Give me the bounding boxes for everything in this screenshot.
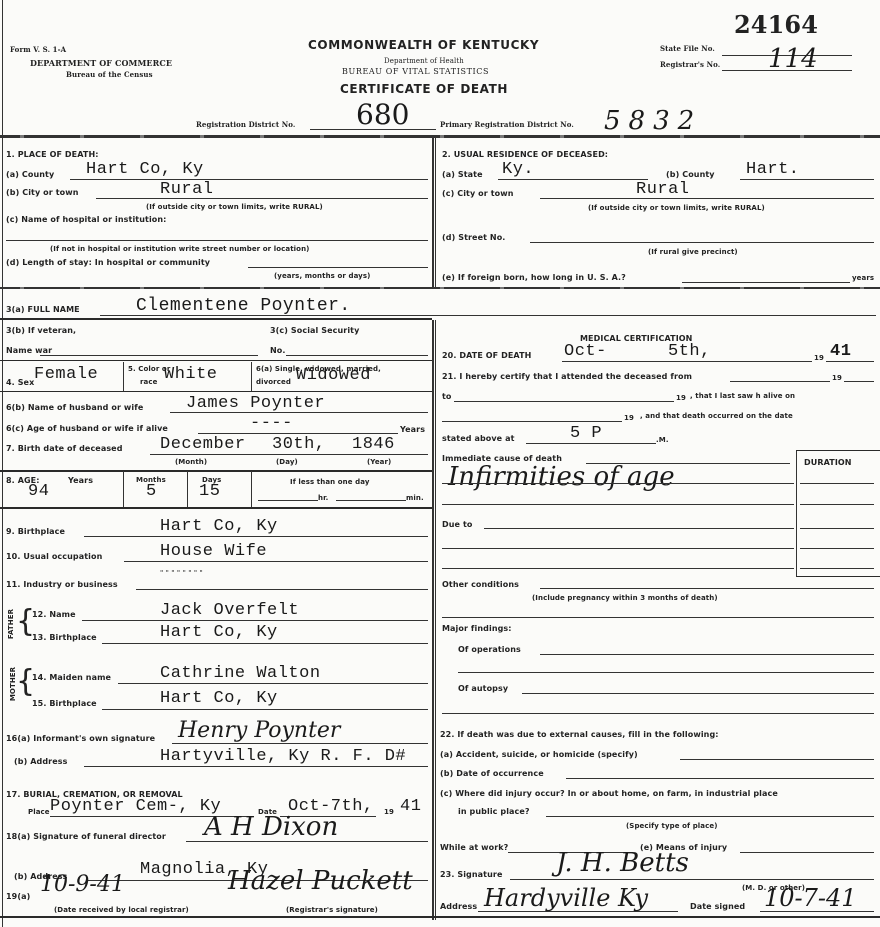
other-conditions-note: (Include pregnancy within 3 months of de… [532,594,718,602]
spouse-value: James Poynter [186,394,325,413]
funeral-director-label: 18(a) Signature of funeral director [6,832,166,841]
street-line [530,242,874,243]
occurrence-line [566,778,874,779]
year-note: (Year) [367,458,391,466]
registrar-signature: Hazel Puckett [228,866,413,896]
mother-birthplace-value: Hart Co, Ky [160,689,278,708]
residence-county-value: Hart. [746,160,800,179]
form-number: Form V. S. 1-A [10,45,66,54]
less-than-day-label: If less than one day [290,478,370,486]
mother-birthplace-line [102,709,428,710]
age-years-value: 94 [28,482,49,501]
registrar-date-value: 10-9-41 [40,872,125,897]
other-conditions-label: Other conditions [442,580,519,589]
father-birthplace-line [102,643,428,644]
length-of-stay-note: (years, months or days) [274,272,370,280]
informant-address-value: Hartyville, Ky R. F. D# [160,747,406,766]
birth-day: 30th, [272,435,326,454]
time-suffix: .M. [656,436,669,444]
death-city-line [96,198,428,199]
informant-signature: Henry Poynter [178,718,340,743]
veteran-label: 3(b) If veteran, [6,326,76,335]
foreign-born-label: (e) If foreign born, how long in U. S. A… [442,273,626,282]
street-label: (d) Street No. [442,233,505,242]
stated-above-label: stated above at [442,434,515,443]
primary-district-label: Primary Registration District No. [440,120,574,129]
ss-no-line [286,355,428,356]
color-divider [251,362,252,392]
burial-year-prefix: 19 [384,808,394,816]
sex-value: Female [34,365,98,384]
operations-label: Of operations [458,645,521,654]
birth-date-label: 7. Birth date of deceased [6,444,123,453]
center-divider-bottom-2 [435,320,436,920]
duration-box-top [796,450,880,451]
death-year-line [826,361,874,362]
left-frame-line [2,0,3,927]
other-conditions-line-2 [442,617,874,618]
age-divider-3 [251,471,252,507]
date-signed-value: 10-7-41 [764,884,857,912]
death-time: 5 P [570,424,602,443]
dept-health: Department of Health [384,57,464,65]
sex-label: 4. Sex [6,378,34,387]
occurred-label: , and that death occurred on the date [640,412,793,420]
residence-state-line [498,179,648,180]
center-divider-bottom [432,320,434,920]
full-name-label: 3(a) FULL NAME [6,305,80,314]
due-to-label: Due to [442,520,472,529]
public-place-label: in public place? [458,807,530,816]
center-divider-top [432,137,434,287]
residence-state-label: (a) State [442,170,483,179]
public-place-note: (Specify type of place) [626,822,718,830]
birth-date-line [150,454,428,455]
full-name-value: Clementene Poynter. [136,296,351,316]
section-divider-2 [0,318,432,320]
occurrence-label: (b) Date of occurrence [440,769,544,778]
alive-on-line [442,421,622,422]
registration-district-number: 680 [356,98,409,131]
attended-label: 21. I hereby certify that I attended the… [442,372,692,381]
age-divider-1 [123,471,124,507]
birthplace-line [84,536,428,537]
duration-box-bottom [796,576,880,577]
father-birthplace-value: Hart Co, Ky [160,623,278,642]
autopsy-line-1 [522,693,874,694]
autopsy-label: Of autopsy [458,684,508,693]
occupation-label: 10. Usual occupation [6,552,102,561]
date-of-death-label: 20. DATE OF DEATH [442,351,531,360]
physician-signature-line [510,879,874,880]
war-label: Name war [6,346,52,355]
duration-box-left [796,450,797,576]
residence-city-label: (c) City or town [442,189,514,198]
residence-county-label: (b) County [666,170,715,179]
cause-line-2 [442,504,794,505]
top-frame-line [0,135,880,138]
attended-from-line [730,381,830,382]
funeral-director-signature: A H Dixon [204,812,338,842]
minutes-line [336,500,406,501]
means-of-injury-line [740,852,874,853]
bureau-vital-statistics: BUREAU OF VITAL STATISTICS [342,67,489,76]
duration-line-2 [800,504,874,505]
immediate-cause-value: Infirmities of age [448,462,675,492]
duration-line-4 [800,548,874,549]
street-note: (If rural give precinct) [648,248,738,256]
social-security-label: 3(c) Social Security [270,326,359,335]
registrar-signature-note: (Registrar's signature) [286,906,378,914]
father-tag: FATHER [7,609,15,639]
spouse-age-value: ---- [250,414,293,433]
informant-address-label: (b) Address [14,757,67,766]
informant-signature-line [172,743,428,744]
other-conditions-line [540,588,874,589]
death-day: 5th, [668,342,711,361]
burial-place-value: Poynter Cem-, Ky [50,797,221,816]
physician-signature-label: 23. Signature [440,870,502,879]
state-file-label: State File No. [660,44,715,53]
to-year-prefix: 19 [676,394,686,402]
commonwealth-title: COMMONWEALTH OF KENTUCKY [308,38,539,52]
public-place-line [546,816,874,817]
registrar-date-label: 19(a) [6,892,30,901]
industry-value: " " " " " " " " [160,569,203,577]
ss-no-label: No. [270,346,286,355]
due-to-line-1 [484,528,794,529]
residence-city-line [540,198,874,199]
father-birthplace-label: 13. Birthplace [32,633,97,642]
bottom-frame-line [0,916,880,918]
bureau-census: Bureau of the Census [66,70,153,79]
date-signed-label: Date signed [690,902,745,911]
residence-city-note: (If outside city or town limits, write R… [588,204,765,212]
residence-city-value: Rural [636,180,690,199]
informant-address-line [84,766,428,767]
length-of-stay-line [248,267,428,268]
foreign-born-line [682,282,850,283]
residence-county-line [740,179,874,180]
certificate-title: CERTIFICATE OF DEATH [340,82,508,96]
death-county-value: Hart Co, Ky [86,160,204,179]
to-line [454,401,674,402]
spouse-age-line [198,433,398,434]
burial-year-value: 41 [400,797,421,816]
residence-state-value: Ky. [502,160,534,179]
registrar-number: 114 [768,44,818,74]
operations-line-2 [458,672,874,673]
death-city-label: (b) City or town [6,188,79,197]
duration-line-3 [800,528,874,529]
hospital-note: (If not in hospital or institution write… [50,245,309,253]
father-name-label: 12. Name [32,610,76,619]
spouse-label: 6(b) Name of husband or wife [6,403,143,412]
age-divider-2 [187,471,188,507]
death-city-note: (If outside city or town limits, write R… [146,203,323,211]
registration-district-label: Registration District No. [196,120,295,129]
age-years-label: Years [68,476,93,485]
death-year-prefix: 19 [814,354,824,362]
accident-line [680,759,874,760]
birth-month: December [160,435,246,454]
duration-line-5 [800,568,874,569]
mother-name-value: Cathrine Walton [160,664,321,683]
external-heading: 22. If death was due to external causes,… [440,730,719,739]
while-at-work-label: While at work? [440,843,508,852]
occupation-value: House Wife [160,542,267,561]
death-county-label: (a) County [6,170,54,179]
cause-line-1 [442,483,794,484]
age-days-value: 15 [199,482,220,501]
physician-signature: J. H. Betts [556,848,689,878]
primary-district-number: 5832 [604,106,702,136]
birth-year: 1846 [352,435,395,454]
duration-label: DURATION [804,458,852,467]
marital-value: Widowed [296,366,371,385]
section-divider-1 [0,287,880,289]
due-to-line-3 [442,568,794,569]
spouse-age-label: 6(c) Age of husband or wife if alive [6,424,168,433]
alive-year-prefix: 19 [624,414,634,422]
foreign-born-unit: years [852,274,874,282]
father-name-line [82,620,428,621]
residence-heading: 2. USUAL RESIDENCE OF DECEASED: [442,150,608,159]
spouse-age-unit: Years [400,425,425,434]
color-label-2: race [140,378,157,386]
month-note: (Month) [175,458,207,466]
marital-label-2: divorced [256,378,291,386]
sex-divider [123,362,124,392]
death-year: 41 [830,342,851,361]
minutes-label: min. [406,494,424,502]
occupation-line [124,561,428,562]
date-of-death-line [562,361,812,362]
age-months-value: 5 [146,482,157,501]
divider-4 [0,391,432,392]
last-saw-label: , that I last saw h alive on [690,392,795,400]
attended-year-prefix: 19 [832,374,842,382]
dept-commerce: DEPARTMENT OF COMMERCE [30,58,172,68]
burial-place-label: Place [28,808,50,816]
mother-birthplace-label: 15. Birthplace [32,699,97,708]
attended-year-line [844,381,874,382]
birthplace-label: 9. Birthplace [6,527,65,536]
physician-address-value: Hardyville Ky [484,884,648,912]
day-note: (Day) [276,458,298,466]
birthplace-value: Hart Co, Ky [160,517,278,536]
divider-6 [0,507,432,509]
divider-5 [0,470,432,472]
divider-3 [0,360,432,361]
hospital-label: (c) Name of hospital or institution: [6,215,166,224]
war-line [40,355,258,356]
length-of-stay-label: (d) Length of stay: In hospital or commu… [6,258,210,267]
hospital-line [6,240,428,241]
where-injury-label: (c) Where did injury occur? In or about … [440,789,778,798]
father-name-value: Jack Overfelt [160,601,299,620]
stated-above-line [526,443,656,444]
death-city-value: Rural [160,180,214,199]
informant-signature-label: 16(a) Informant's own signature [6,734,155,743]
hours-label: hr. [318,494,328,502]
center-divider-top-2 [435,137,436,287]
mother-name-label: 14. Maiden name [32,673,111,682]
industry-line [136,589,428,590]
to-label: to [442,392,452,401]
death-month: Oct- [564,342,607,361]
accident-label: (a) Accident, suicide, or homicide (spec… [440,750,638,759]
major-findings-label: Major findings: [442,624,512,633]
registrar-date-note: (Date received by local registrar) [54,906,189,914]
physician-address-label: Address [440,902,477,911]
registrar-no-label: Registrar's No. [660,60,720,69]
mother-name-line [118,683,428,684]
due-to-line-2 [442,548,794,549]
duration-line-1 [800,483,874,484]
operations-line-1 [540,654,874,655]
industry-label: 11. Industry or business [6,580,118,589]
place-of-death-heading: 1. PLACE OF DEATH: [6,150,99,159]
autopsy-line-2 [442,713,874,714]
death-county-line [70,179,428,180]
hours-line [258,500,318,501]
color-value: White [164,365,218,384]
state-file-number: 24164 [734,10,818,39]
